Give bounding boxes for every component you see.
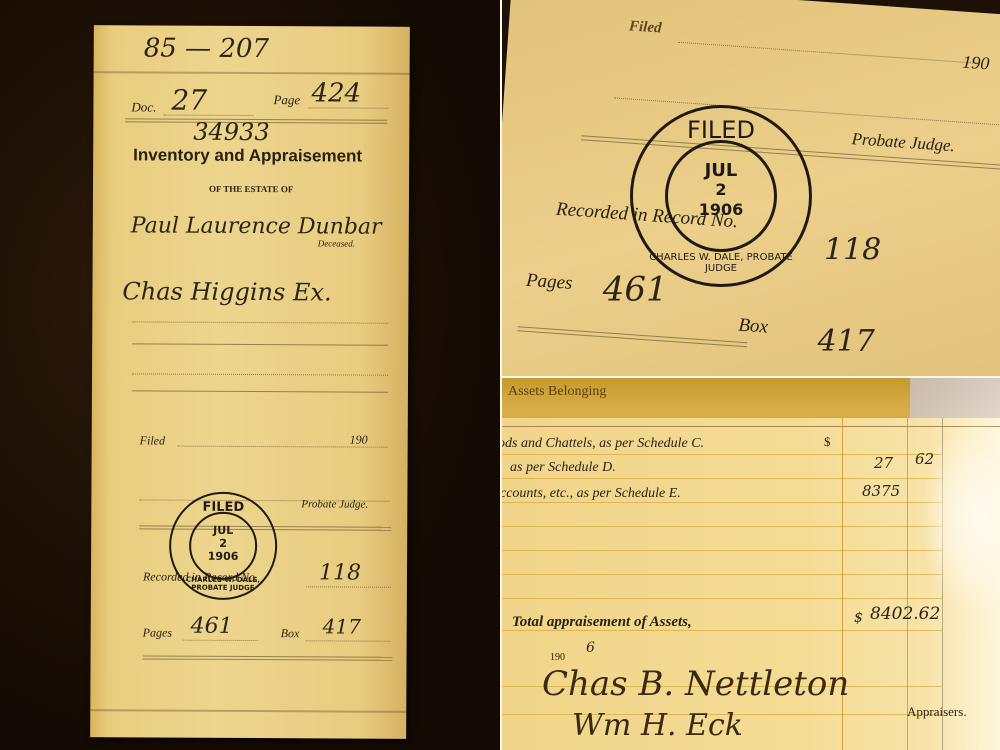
appraisers-label: Appraisers.	[907, 704, 967, 720]
box-label: Box	[738, 315, 769, 339]
row-label-schedule-c: ods and Chattels, as per Schedule C.	[502, 436, 704, 452]
record-number: 118	[824, 232, 881, 267]
row-dollars-schedule-e: 8375	[862, 482, 900, 500]
deceased-label: Deceased.	[318, 238, 355, 248]
page-dotted-line	[308, 107, 388, 108]
stamp-month: JUL	[171, 524, 275, 538]
record-dotted-line	[306, 586, 391, 587]
appraiser-signature-1: Chas B. Nettleton	[542, 664, 849, 704]
fold-line	[94, 71, 410, 75]
file-number: 85 — 207	[144, 33, 269, 64]
signature-year-suffix: 6	[586, 640, 595, 656]
page-value: 424	[311, 78, 361, 108]
rule	[518, 330, 748, 347]
rule	[518, 326, 748, 343]
appraiser-signature-2: Wm H. Eck	[572, 708, 743, 743]
filed-stamp: FILED JUL 2 1906 CHARLES W. DALE, PROBAT…	[630, 105, 812, 287]
executor-name: Chas Higgins Ex.	[122, 277, 331, 306]
ledger-rule	[502, 478, 942, 479]
probate-judge-label: Probate Judge.	[851, 129, 955, 156]
stamp-year: 1906	[171, 550, 275, 564]
ledger-column-rule	[907, 418, 908, 750]
dotted-line	[132, 373, 388, 375]
total-value: 8402.62	[870, 604, 940, 624]
filed-stamp: FILED JUL 2 1906 CHARLES W. DALE, PROBAT…	[169, 492, 278, 601]
total-currency: $	[854, 610, 863, 626]
top-right-photo-panel: Filed 190 Probate Judge. Recorded in Rec…	[502, 0, 1000, 376]
stamp-ring-text: CHARLES W. DALE, PROBATE JUDGE	[171, 576, 275, 593]
pages-value: 461	[603, 269, 668, 309]
signature-year-prefix: 190	[550, 652, 565, 663]
doc-label: Doc.	[131, 99, 156, 115]
rule	[132, 390, 388, 392]
ledger-rule	[502, 550, 942, 551]
fold-line	[90, 709, 406, 713]
stamp-filed: FILED	[171, 500, 275, 516]
ledger-rule	[502, 426, 1000, 427]
rule	[143, 655, 393, 657]
doc-value: 27	[171, 84, 207, 117]
stamp-day: 2	[633, 180, 809, 199]
row-label-schedule-d: as per Schedule D.	[510, 460, 616, 476]
page-label: Page	[273, 92, 300, 108]
document-title: Inventory and Appraisement	[133, 145, 362, 166]
box-dotted-line	[306, 640, 391, 641]
pages-label: Pages	[525, 270, 573, 295]
ledger-rule	[502, 598, 942, 599]
box-value: 417	[323, 614, 361, 638]
appraisal-ledger: ods and Chattels, as per Schedule C. $ a…	[502, 418, 1000, 750]
rule	[132, 343, 388, 345]
pages-dotted-line	[183, 640, 258, 641]
pages-value: 461	[191, 614, 233, 639]
left-photo-panel: 85 — 207 Doc. 27 Page 424 34933 Inventor…	[0, 0, 500, 750]
dotted-line	[132, 321, 388, 323]
document-subtitle: OF THE ESTATE OF	[209, 184, 293, 194]
filed-dotted-line	[678, 42, 977, 64]
row-label-schedule-e: ccounts, etc., as per Schedule E.	[502, 486, 681, 502]
filed-label: Filed	[140, 433, 165, 448]
row-currency-schedule-c: $	[824, 434, 831, 450]
filed-year-prefix: 190	[350, 433, 368, 448]
box-label: Box	[281, 626, 300, 641]
probate-envelope: 85 — 207 Doc. 27 Page 424 34933 Inventor…	[90, 25, 410, 739]
case-number: 34933	[193, 118, 270, 146]
filed-label: Filed	[628, 18, 662, 37]
stamp-day: 2	[171, 537, 275, 551]
row-dollars-schedule-d: 27	[874, 454, 893, 472]
bottom-right-photo-panel: Assets Belonging ods and Chattels, as pe…	[502, 378, 1000, 750]
ledger-rule	[502, 502, 942, 503]
total-label: Total appraisement of Assets,	[512, 614, 692, 631]
stamp-month: JUL	[633, 160, 809, 181]
ledger-rule	[502, 526, 942, 527]
box-value: 417	[818, 324, 875, 359]
decedent-name: Paul Laurence Dunbar	[131, 213, 382, 239]
stamp-ring-text: CHARLES W. DALE, PROBATE JUDGE	[633, 252, 809, 274]
filed-year-prefix: 190	[962, 52, 990, 75]
record-number: 118	[319, 560, 361, 585]
probate-judge-label: Probate Judge.	[301, 498, 368, 510]
stamp-year: 1906	[633, 200, 809, 219]
rule	[143, 658, 393, 660]
pages-label: Pages	[143, 625, 172, 640]
ledger-rule	[502, 574, 942, 575]
stamp-filed: FILED	[633, 116, 809, 144]
ledger-header-partial: Assets Belonging	[508, 384, 606, 400]
